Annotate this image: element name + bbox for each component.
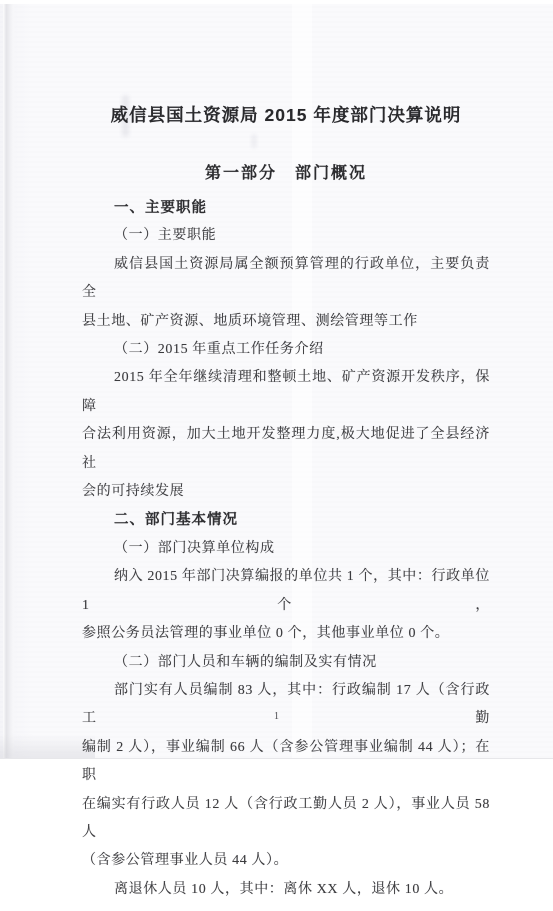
doc-line: 参照公务员法管理的事业单位 0 个，其他事业单位 0 个。 (82, 620, 490, 648)
doc-line: 县土地、矿产资源、地质环境管理、测绘管理等工作 (82, 308, 490, 336)
subheading-unit-composition: （一）部门决算单位构成 (82, 535, 490, 563)
doc-line: 纳入 2015 年部门决算编报的单位共 1 个，其中：行政单位 1 个， (82, 563, 490, 620)
doc-line: 2015 年全年继续清理和整顿土地、矿产资源开发秩序，保障 (82, 364, 490, 421)
doc-line: （含参公管理事业人员 44 人）。 (82, 847, 490, 875)
doc-line: 部门实有人员编制 83 人，其中：行政编制 17 人（含行政工勤 (82, 677, 490, 734)
subheading-staff-vehicles: （二）部门人员和车辆的编制及实有情况 (82, 649, 490, 677)
scanned-document-canvas: 威信县国土资源局 2015 年度部门决算说明 第一部分 部门概况 一、主要职能 … (0, 0, 553, 911)
page-number: 1 (0, 711, 553, 722)
doc-line: 威信县国土资源局属全额预算管理的行政单位，主要负责全 (82, 251, 490, 308)
document-title: 威信县国土资源局 2015 年度部门决算说明 (82, 103, 490, 128)
doc-line: 编制 2 人），事业编制 66 人（含参公管理事业编制 44 人）；在职 (82, 734, 490, 791)
scan-page: 威信县国土资源局 2015 年度部门决算说明 第一部分 部门概况 一、主要职能 … (0, 4, 553, 759)
doc-line: 在编实有行政人员 12 人（含行政工勤人员 2 人），事业人员 58 人 (82, 791, 490, 848)
part-one-heading: 第一部分 部门概况 (82, 164, 490, 183)
heading-main-functions: 一、主要职能 (82, 194, 490, 222)
subheading-key-tasks-2015: （二）2015 年重点工作任务介绍 (82, 336, 490, 364)
doc-line: 合法利用资源，加大土地开发整理力度,极大地促进了全县经济社 (82, 421, 490, 478)
subheading-main-functions: （一）主要职能 (82, 222, 490, 250)
scan-left-edge-shadow (3, 4, 15, 758)
heading-basic-situation: 二、部门基本情况 (82, 506, 490, 534)
scan-bottom-left-shadow (0, 734, 95, 758)
doc-line: 离退休人员 10 人，其中：离休 XX 人，退休 10 人。 (82, 876, 490, 904)
document-content: 威信县国土资源局 2015 年度部门决算说明 第一部分 部门概况 一、主要职能 … (82, 4, 490, 904)
doc-line: 会的可持续发展 (82, 478, 490, 506)
